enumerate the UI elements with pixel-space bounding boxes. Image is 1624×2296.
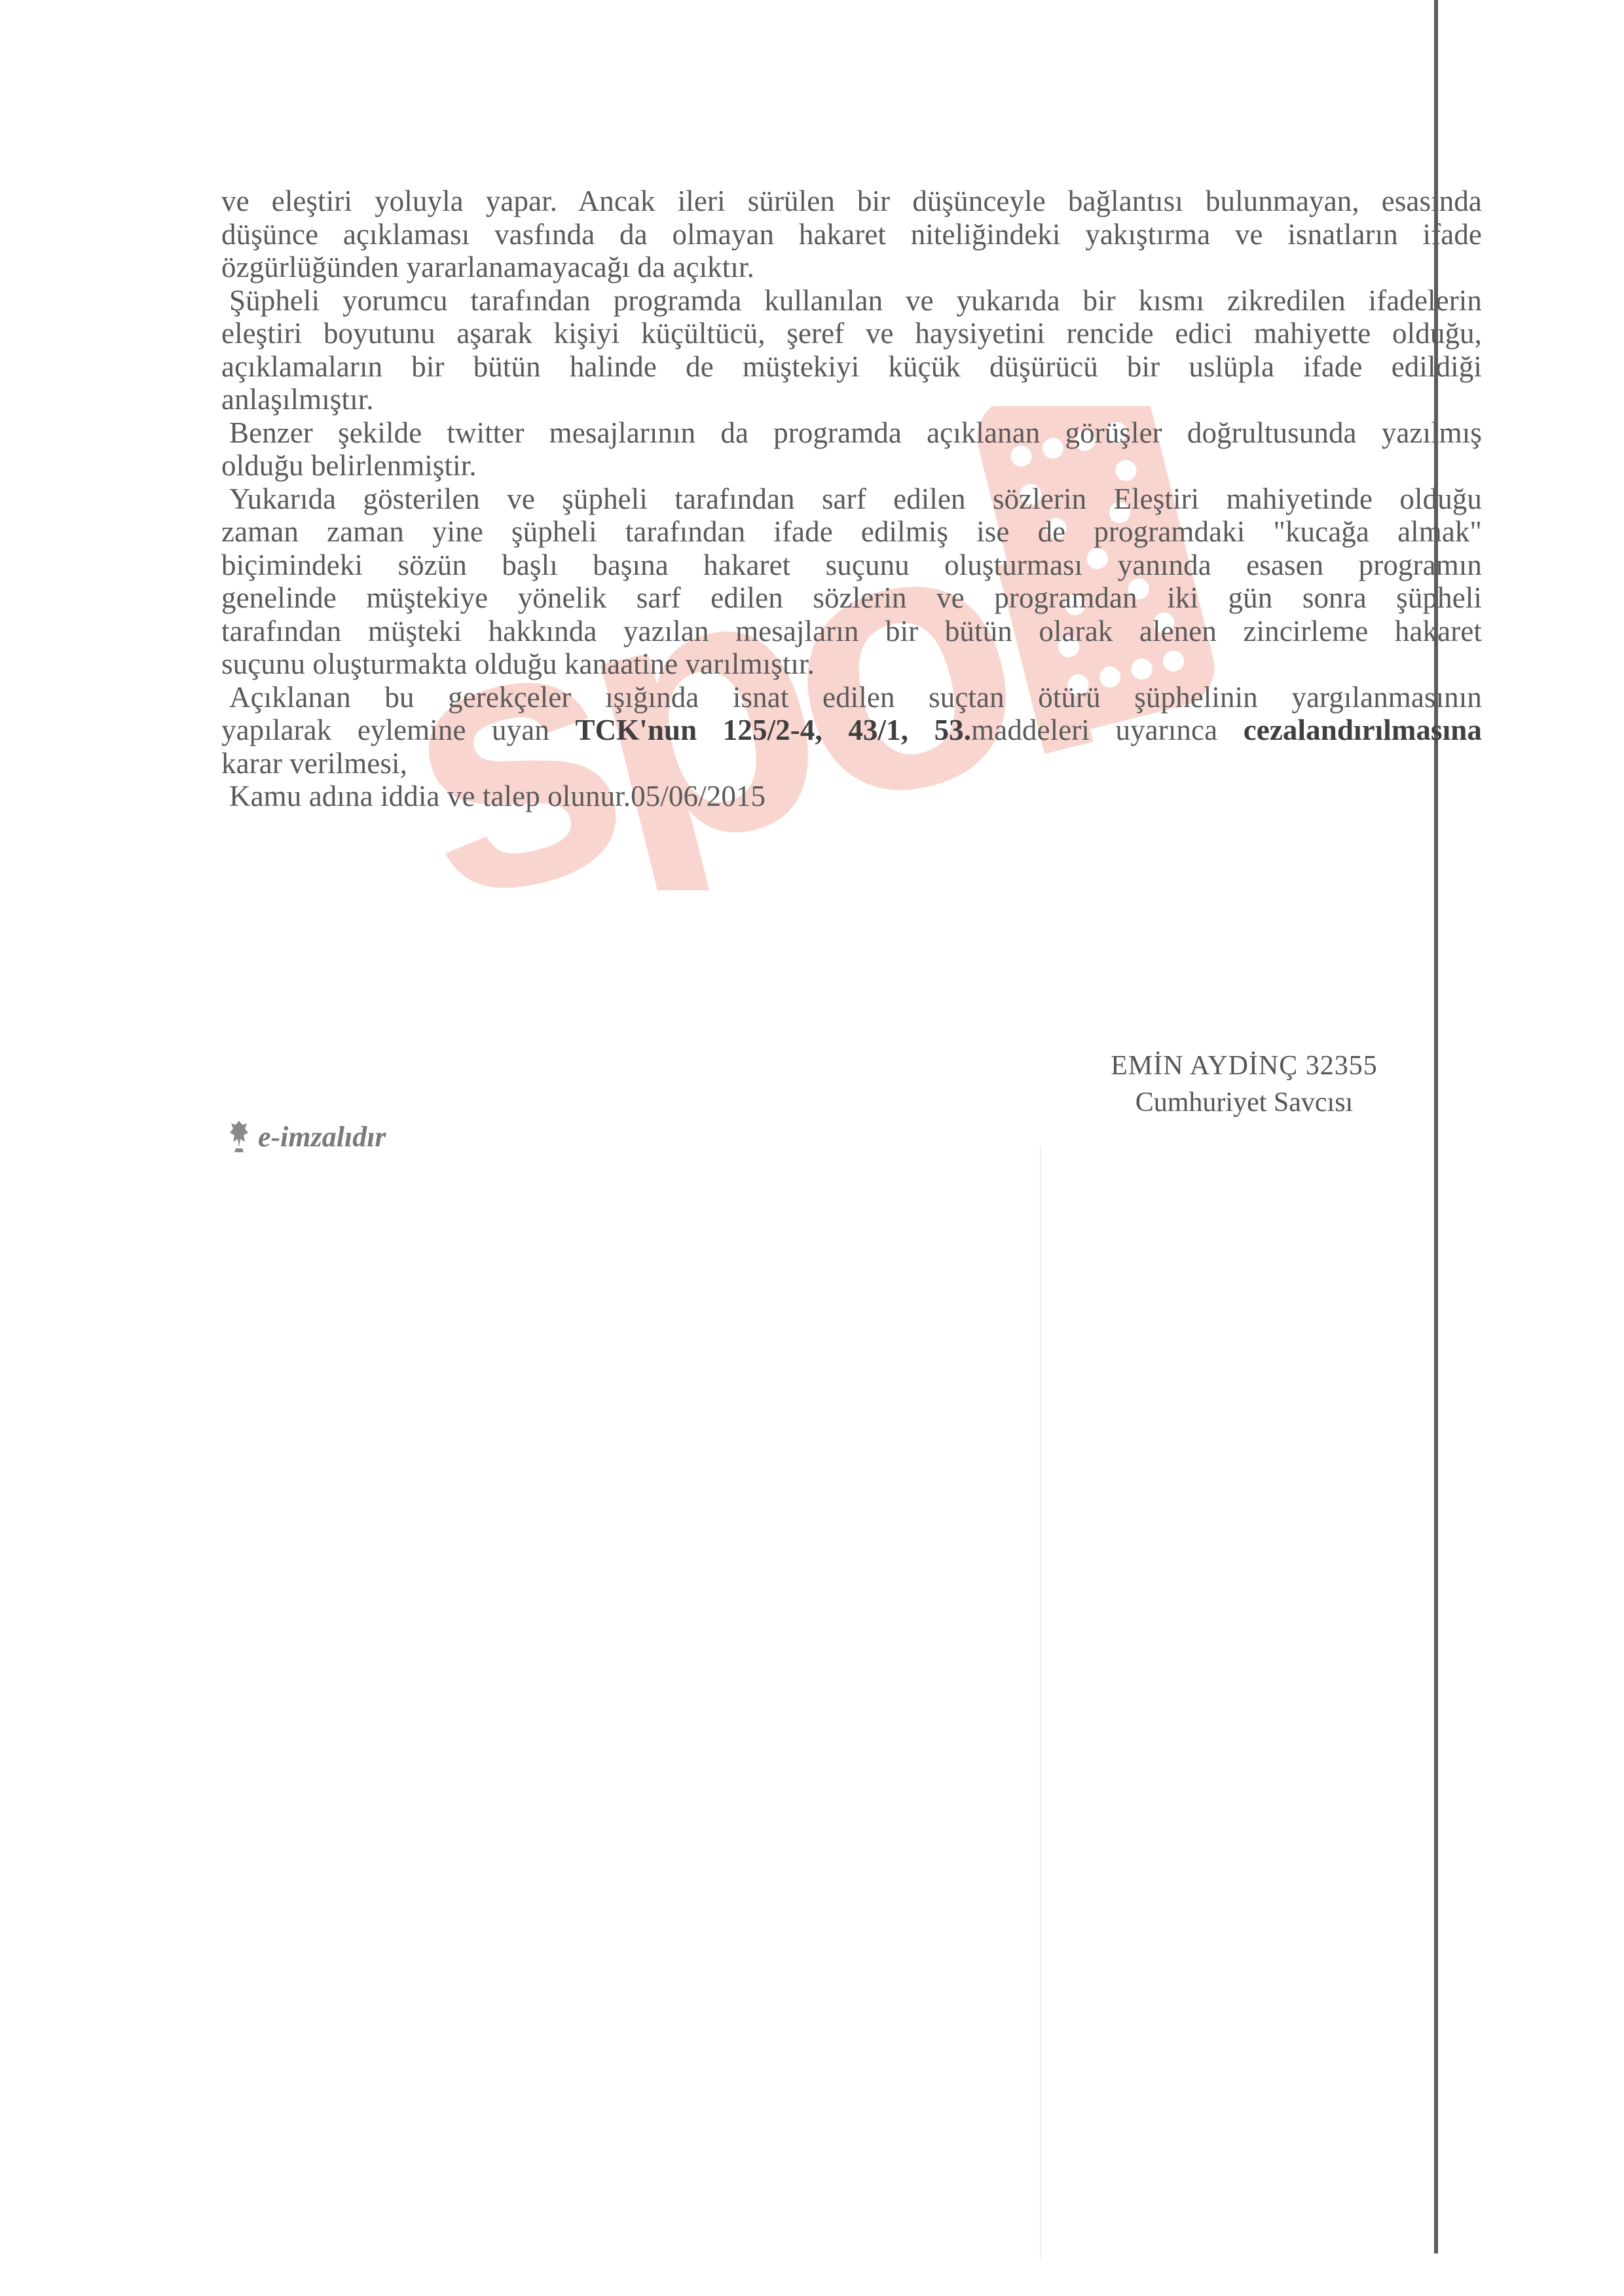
paragraph-line: suçunu oluşturmakta olduğu kanaatine var… (221, 647, 1482, 681)
scan-artifact-line (1040, 1146, 1041, 2259)
paragraph-line: Şüpheli yorumcu tarafından programda kul… (221, 284, 1482, 318)
paragraph-line-verdict: yapılarak eylemine uyan TCK'nun 125/2-4,… (221, 714, 1482, 747)
paragraph-line: açıklamaların bir bütün halinde de müşte… (221, 350, 1482, 384)
document-body: ve eleştiri yoluyla yapar. Ancak ileri s… (221, 185, 1482, 813)
paragraph-line: özgürlüğünden yararlanamayacağı da açıkt… (221, 251, 1482, 284)
signature-block: EMİN AYDİNÇ 32355 Cumhuriyet Savcısı (1061, 1048, 1428, 1121)
prosecutor-name: EMİN AYDİNÇ 32355 (1061, 1048, 1428, 1084)
paragraph-line: Benzer şekilde twitter mesajlarının da p… (221, 416, 1482, 450)
paragraph-line: düşünce açıklaması vasfında da olmayan h… (221, 218, 1482, 251)
emblem-icon (229, 1120, 249, 1154)
paragraph-line: ve eleştiri yoluyla yapar. Ancak ileri s… (221, 185, 1482, 218)
e-signature-stamp: e-imzalıdır (229, 1120, 386, 1154)
paragraph-line: biçimindeki sözün başlı başına hakaret s… (221, 549, 1482, 582)
prosecutor-title: Cumhuriyet Savcısı (1061, 1084, 1428, 1121)
verdict-keyword: cezalandırılmasına (1244, 714, 1482, 746)
paragraph-line: tarafından müşteki hakkında yazılan mesa… (221, 615, 1482, 648)
paragraph-line: zaman zaman yine şüpheli tarafından ifad… (221, 515, 1482, 549)
text-run: maddeleri uyarınca (971, 714, 1244, 746)
paragraph-line: genelinde müştekiye yönelik sarf edilen … (221, 581, 1482, 615)
paragraph-line: eleştiri boyutunu aşarak kişiyi küçültüc… (221, 317, 1482, 350)
law-reference: TCK'nun 125/2-4, 43/1, 53. (575, 714, 971, 746)
text-run: yapılarak eylemine uyan (221, 714, 575, 746)
document-page: spor ve eleştiri yoluyla yapar. Ancak il… (0, 0, 1624, 2296)
paragraph-line: anlaşılmıştır. (221, 383, 1482, 416)
paragraph-line: Yukarıda gösterilen ve şüpheli tarafında… (221, 483, 1482, 516)
e-signature-label: e-imzalıdır (258, 1120, 386, 1154)
closing-line: Kamu adına iddia ve talep olunur.05/06/2… (221, 780, 1482, 813)
paragraph-line: Açıklanan bu gerekçeler ışığında isnat e… (221, 681, 1482, 714)
paragraph-line: olduğu belirlenmiştir. (221, 449, 1482, 483)
paragraph-line: karar verilmesi, (221, 747, 1482, 780)
